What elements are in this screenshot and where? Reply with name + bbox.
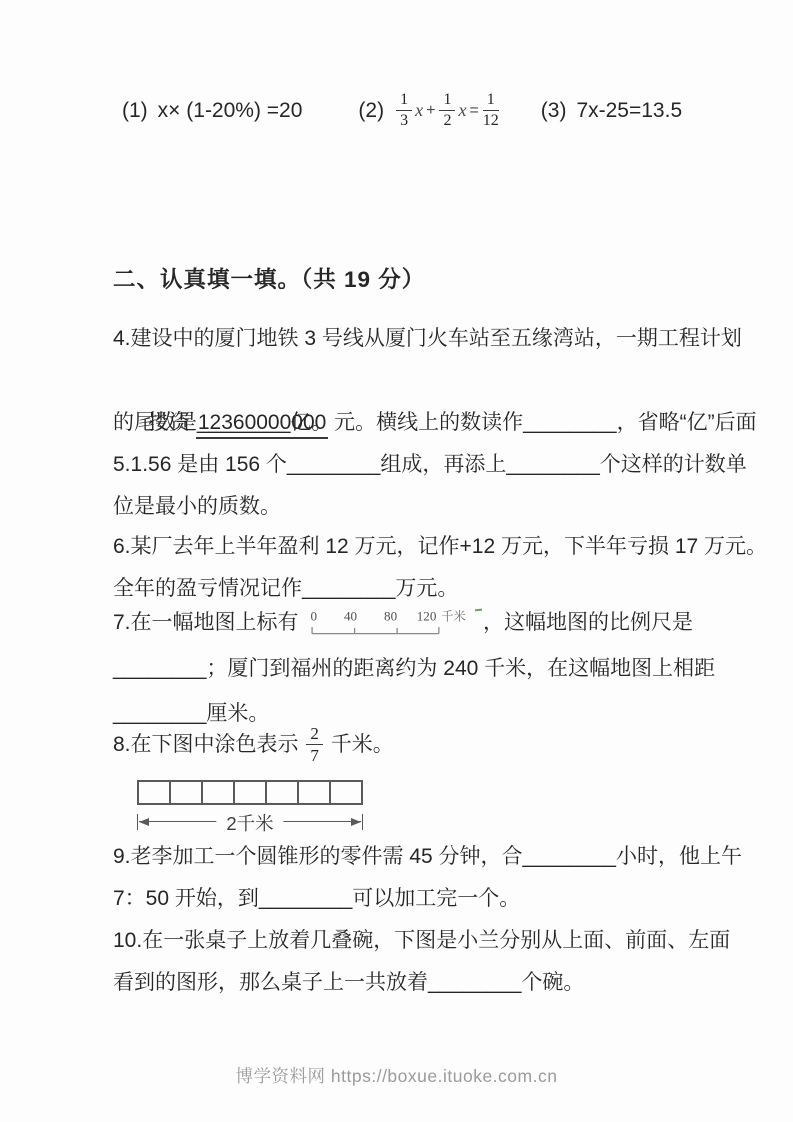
equation-3-expression: 7x-25=13.5 [576, 99, 682, 123]
bar-cell [299, 782, 331, 803]
q8-line1-suffix: 千米。 [325, 724, 394, 766]
bar-cell [171, 782, 203, 803]
bar-cell [267, 782, 299, 803]
variable-x: x [415, 100, 423, 121]
plus-operator: + [426, 102, 435, 120]
bar-cell [235, 782, 267, 803]
q4-line2: 投资 12360000000 元。横线上的数读作________，省略“亿”后面 [113, 360, 693, 402]
q8-line1-prefix: 8.在下图中涂色表示 [113, 724, 304, 766]
question-6: 6.某厂去年上半年盈利 12 万元，记作+12 万元，下半年亏损 17 万元。 … [113, 526, 693, 610]
q7-line2: ________；厦门到福州的距离约为 240 千米，在这幅地图上相距 [113, 646, 693, 692]
length-arrow: 2千米 [137, 810, 363, 834]
bar-cell [331, 782, 361, 803]
fraction-numerator: 1 [439, 92, 455, 111]
equation-2: (2) 1 3 x + 1 2 x = 1 12 [358, 92, 500, 130]
fraction-denominator: 12 [483, 111, 499, 130]
fraction-denominator: 2 [443, 111, 451, 130]
fraction-one-twelfth: 1 12 [483, 92, 499, 130]
question-7: 7.在一幅地图上标有 0 40 80 120 千米 ，这幅地图的比例尺是 ___… [113, 600, 693, 736]
worksheet-page: (1) x× (1-20%) =20 (2) 1 3 x + 1 2 x = 1… [0, 0, 793, 1122]
scale-tick-label: 80 [384, 609, 398, 624]
arrow-length-label: 2千米 [216, 810, 283, 836]
footer-watermark: 博学资料网 https://boxue.ituoke.com.cn [0, 1063, 793, 1088]
fraction-bar-figure [137, 780, 363, 805]
q6-line1: 6.某厂去年上半年盈利 12 万元，记作+12 万元，下半年亏损 17 万元。 [113, 526, 693, 568]
arrow-end-bar [137, 814, 138, 830]
equals-operator: = [469, 102, 478, 120]
question-8: 8.在下图中涂色表示 2 7 千米。 [113, 722, 693, 768]
equation-1: (1) x× (1-20%) =20 [122, 99, 302, 123]
scale-tick-label: 120 [417, 609, 437, 624]
question-4: 4.建设中的厦门地铁 3 号线从厦门火车站至五缘湾站，一期工程计划 投资 123… [113, 318, 693, 444]
fraction-denominator: 7 [310, 745, 319, 765]
equation-1-label: (1) [122, 99, 148, 123]
fraction-one-third: 1 3 [396, 92, 412, 130]
scan-artifact-green-mark [475, 609, 483, 612]
bar-cell [139, 782, 171, 803]
fraction-numerator: 1 [483, 92, 499, 111]
q7-line1-suffix: ，这幅地图的比例尺是 [483, 602, 693, 644]
q4-line1: 4.建设中的厦门地铁 3 号线从厦门火车站至五缘湾站，一期工程计划 [113, 318, 693, 360]
fraction-numerator: 2 [306, 725, 323, 745]
q9-line1: 9.老李加工一个圆锥形的零件需 45 分钟，合________小时，他上午 [113, 836, 693, 878]
arrowhead-right-icon [351, 818, 361, 826]
fraction-two-sevenths: 2 7 [306, 725, 323, 765]
equation-1-expression: x× (1-20%) =20 [158, 99, 303, 123]
arrowhead-left-icon [139, 818, 149, 826]
arrow-end-bar [362, 814, 363, 830]
equation-3-label: (3) [541, 99, 567, 123]
equation-2-label: (2) [358, 99, 384, 123]
q10-line1: 10.在一张桌子上放着几叠碗，下图是小兰分别从上面、前面、左面 [113, 920, 693, 962]
scale-unit-label: 千米 [442, 609, 467, 624]
equation-3: (3) 7x-25=13.5 [541, 99, 682, 123]
question-5: 5.1.56 是由 156 个________组成，再添上________个这样… [113, 444, 693, 528]
q7-line1-prefix: 7.在一幅地图上标有 [113, 602, 304, 644]
fraction-numerator: 1 [396, 92, 412, 111]
map-scale-figure: 0 40 80 120 千米 [308, 605, 468, 641]
q5-line2: 位是最小的质数。 [113, 486, 693, 528]
scale-tick-label: 0 [311, 609, 318, 624]
bar-cell [203, 782, 235, 803]
question-9: 9.老李加工一个圆锥形的零件需 45 分钟，合________小时，他上午 7：… [113, 836, 693, 920]
fraction-one-half: 1 2 [439, 92, 455, 130]
q10-line2: 看到的图形，那么桌子上一共放着________个碗。 [113, 962, 693, 1004]
variable-x: x [458, 100, 466, 121]
q4-line2-suffix: 元。横线上的数读作________，省略“亿”后面 [328, 411, 756, 434]
equation-row: (1) x× (1-20%) =20 (2) 1 3 x + 1 2 x = 1… [122, 92, 733, 130]
scale-tick-label: 40 [344, 609, 358, 624]
q7-line1: 7.在一幅地图上标有 0 40 80 120 千米 ，这幅地图的比例尺是 [113, 600, 693, 646]
q9-line2: 7：50 开始，到________可以加工完一个。 [113, 878, 693, 920]
question-10: 10.在一张桌子上放着几叠碗，下图是小兰分别从上面、前面、左面 看到的图形，那么… [113, 920, 693, 1004]
q8-figure: 2千米 [137, 780, 363, 834]
fraction-denominator: 3 [400, 111, 408, 130]
section-header: 二、认真填一填。（共 19 分） [113, 262, 425, 294]
q8-line1: 8.在下图中涂色表示 2 7 千米。 [113, 722, 693, 768]
q5-line1: 5.1.56 是由 156 个________组成，再添上________个这样… [113, 444, 693, 486]
